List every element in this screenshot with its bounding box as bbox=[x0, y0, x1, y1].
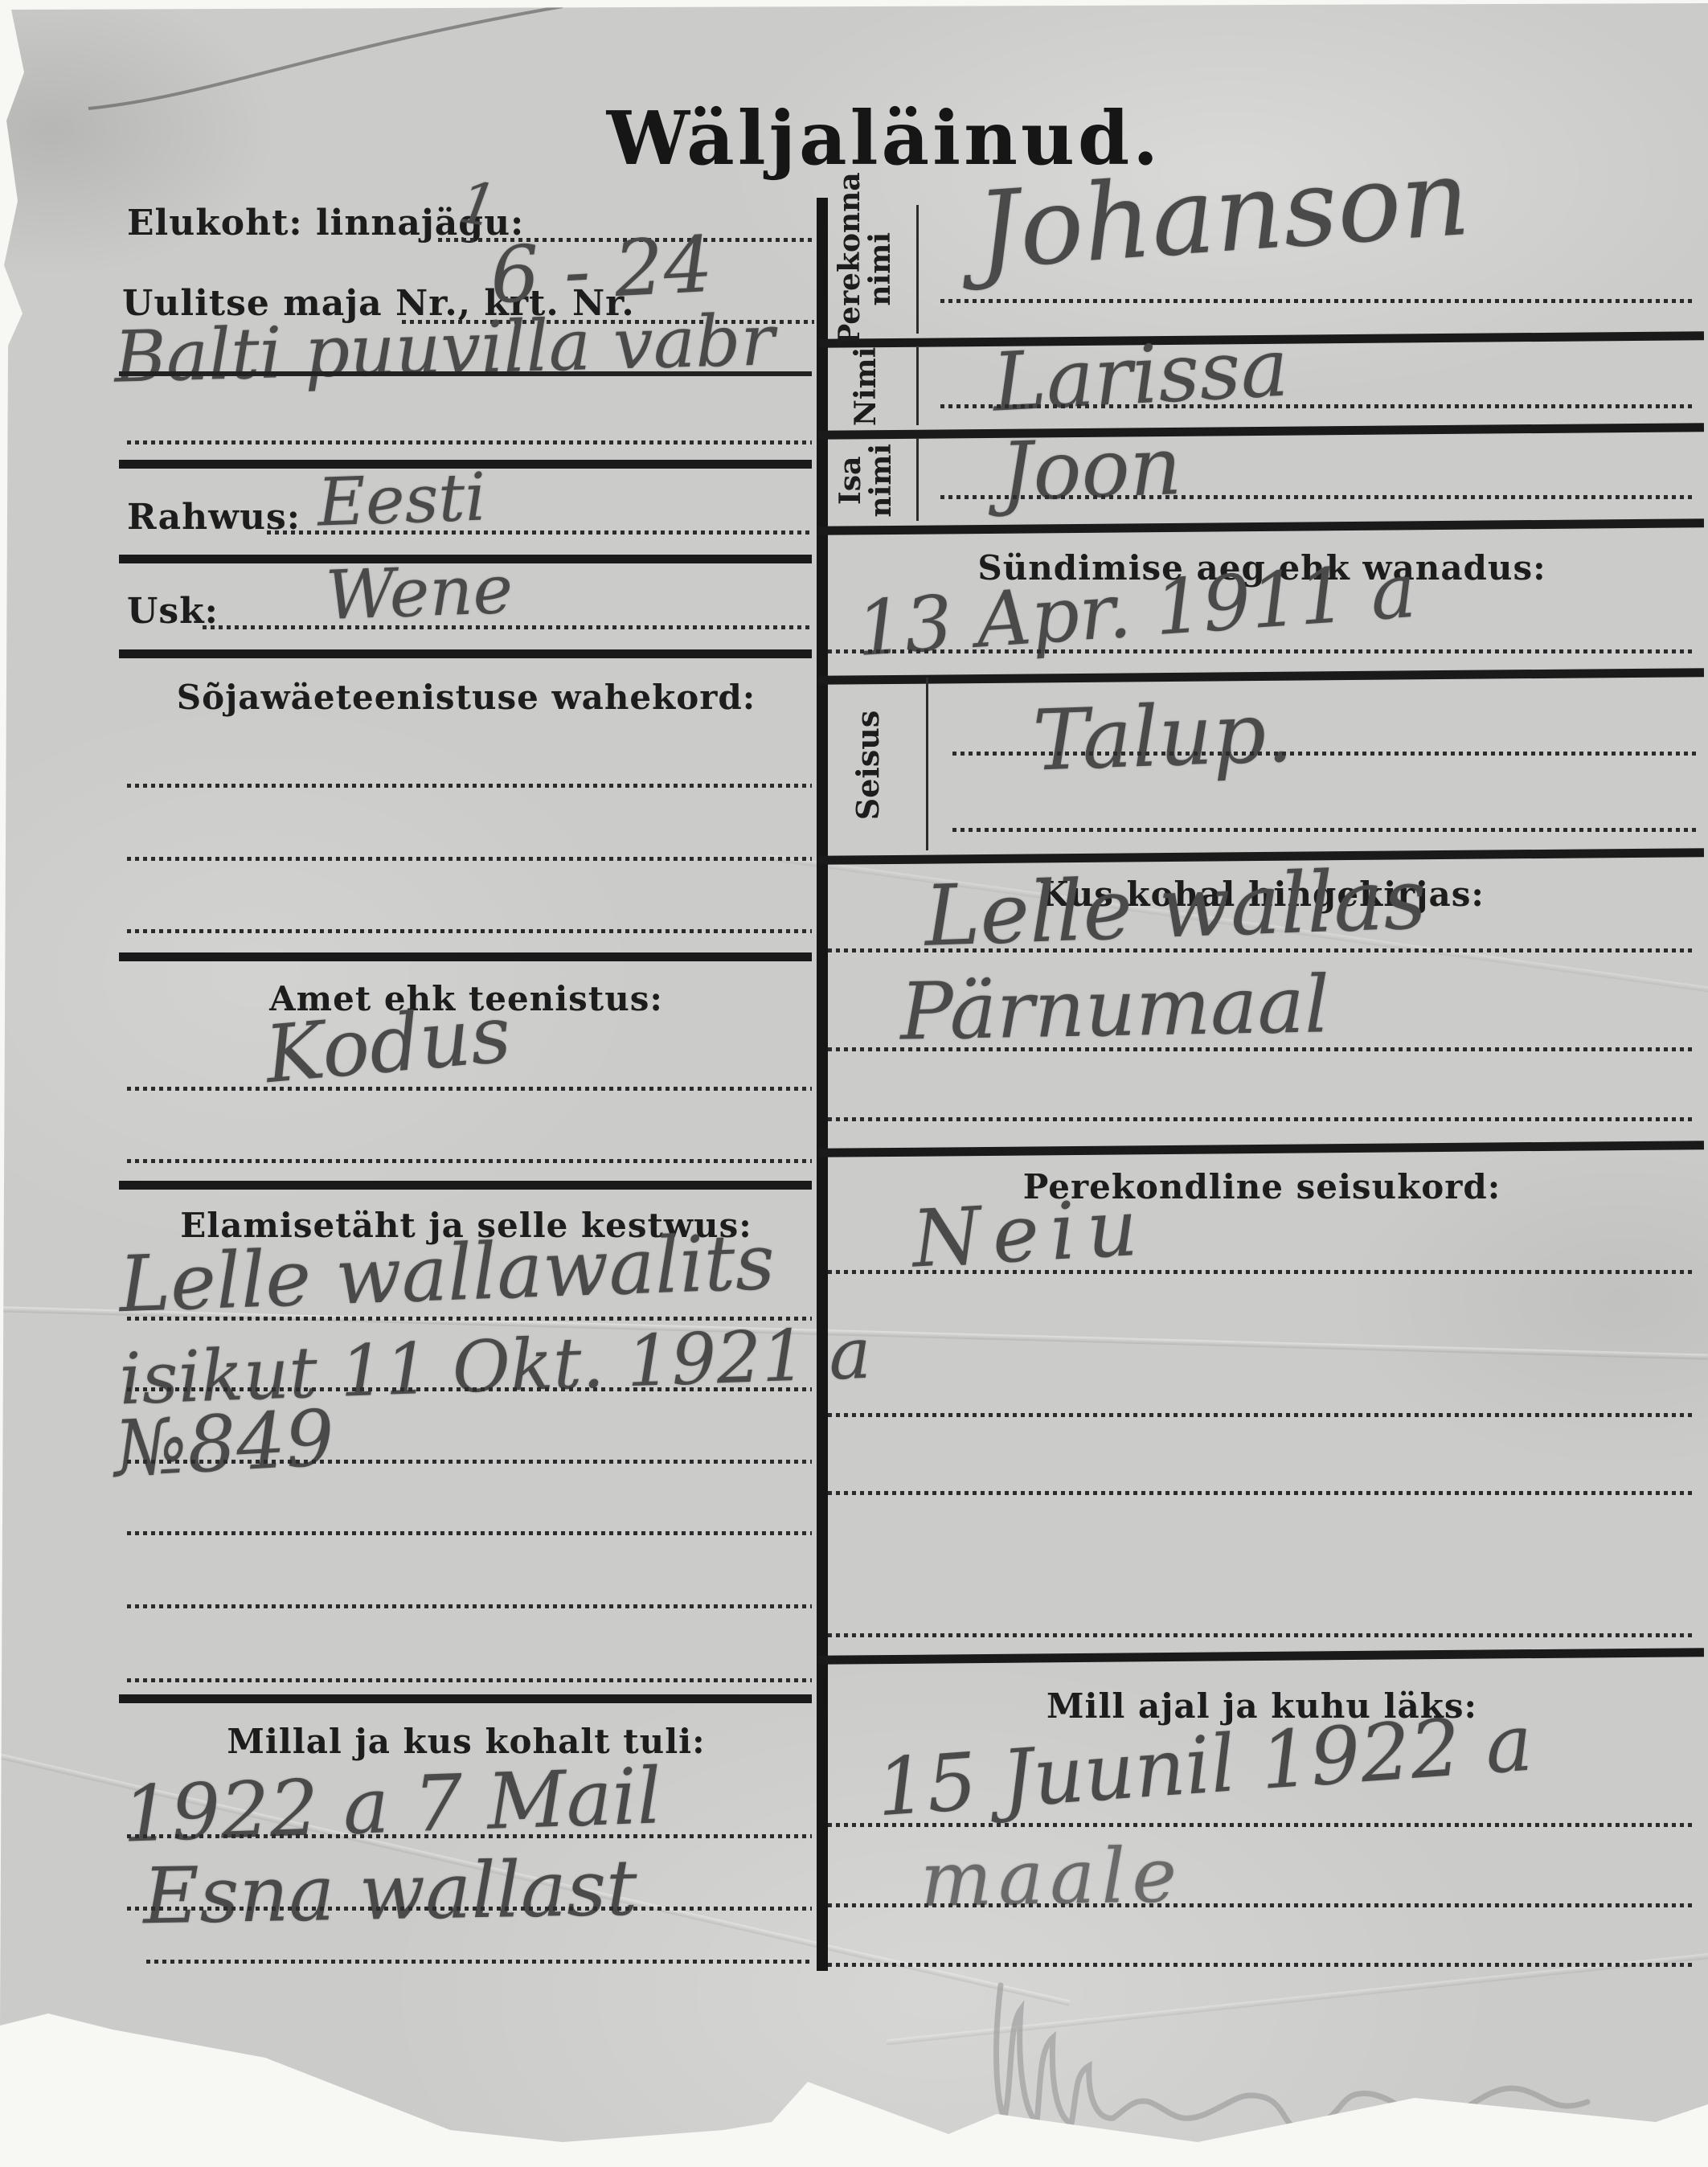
dotted-line bbox=[203, 625, 812, 629]
field-value-street2: Balti puuvilla vabr bbox=[113, 298, 776, 398]
label-divider bbox=[926, 678, 928, 850]
field-value-arrival-2: Esna wallast bbox=[142, 1843, 638, 1942]
dotted-line bbox=[127, 1087, 812, 1091]
field-value-registry-2: Pärnumaal bbox=[899, 959, 1330, 1058]
dotted-line bbox=[127, 784, 812, 788]
field-value-departure-2: maale bbox=[920, 1832, 1184, 1924]
dotted-line bbox=[828, 1491, 1696, 1495]
dotted-line bbox=[267, 530, 812, 535]
field-label-status: Seisus bbox=[852, 701, 884, 830]
dotted-line bbox=[127, 929, 812, 933]
section-label-arrival: Millal ja kus kohalt tuli: bbox=[121, 1722, 812, 1761]
dotted-line bbox=[828, 649, 1696, 653]
label-divider bbox=[916, 347, 919, 425]
paper-sheet: Wäljaläinud. Elukoht: linnajägu: 1 Uulit… bbox=[0, 0, 1708, 2167]
field-value-father: Joon bbox=[999, 419, 1183, 519]
field-label-name: Nimi bbox=[851, 338, 882, 435]
dotted-line bbox=[828, 1117, 1696, 1121]
section-label-military: Sõjawäeteenistuse wahekord: bbox=[121, 678, 812, 717]
field-value-permit-3: №849 bbox=[112, 1393, 337, 1494]
dotted-line bbox=[952, 828, 1696, 832]
field-value-status: Talup. bbox=[1031, 682, 1294, 789]
dotted-line bbox=[940, 495, 1696, 499]
field-value-nationality: Eesti bbox=[316, 459, 487, 541]
dotted-line bbox=[127, 1460, 812, 1464]
dotted-line bbox=[828, 1823, 1696, 1827]
column-divider bbox=[817, 198, 828, 1971]
dotted-line bbox=[828, 1633, 1696, 1637]
rule-line bbox=[119, 649, 812, 658]
label-divider bbox=[916, 438, 919, 521]
dotted-line bbox=[127, 1159, 812, 1163]
dotted-line bbox=[940, 299, 1696, 303]
field-label-father: Isa nimi bbox=[836, 436, 897, 525]
dotted-line bbox=[940, 404, 1696, 408]
dotted-line bbox=[828, 948, 1696, 952]
signature-scrawl bbox=[977, 1953, 1636, 2146]
dotted-line bbox=[828, 1413, 1696, 1417]
dotted-line bbox=[127, 857, 812, 861]
dotted-line bbox=[828, 1903, 1696, 1907]
dotted-line bbox=[952, 752, 1696, 756]
dotted-line bbox=[828, 1047, 1696, 1051]
dotted-line bbox=[146, 1960, 812, 1964]
rule-line bbox=[119, 1181, 812, 1190]
label-divider bbox=[916, 205, 919, 334]
dotted-line bbox=[127, 1834, 812, 1838]
dotted-line bbox=[127, 1387, 812, 1391]
dotted-line bbox=[127, 1604, 812, 1608]
field-value-name: Larissa bbox=[990, 320, 1291, 429]
dotted-line bbox=[127, 1907, 812, 1911]
rule-line bbox=[119, 1694, 812, 1703]
rule-line bbox=[119, 952, 812, 961]
paper-curl-line bbox=[64, 0, 627, 129]
dotted-line bbox=[127, 440, 812, 444]
solid-underline bbox=[119, 371, 812, 376]
dotted-line bbox=[127, 1531, 812, 1535]
field-label-surname: Perekonna nimi bbox=[835, 193, 896, 346]
dotted-line bbox=[828, 1270, 1696, 1274]
field-value-religion: Wene bbox=[324, 550, 514, 635]
scanned-document-page: { "title": "Wäljaläinud.", "left": { "re… bbox=[0, 0, 1708, 2167]
dotted-line bbox=[127, 1678, 812, 1682]
